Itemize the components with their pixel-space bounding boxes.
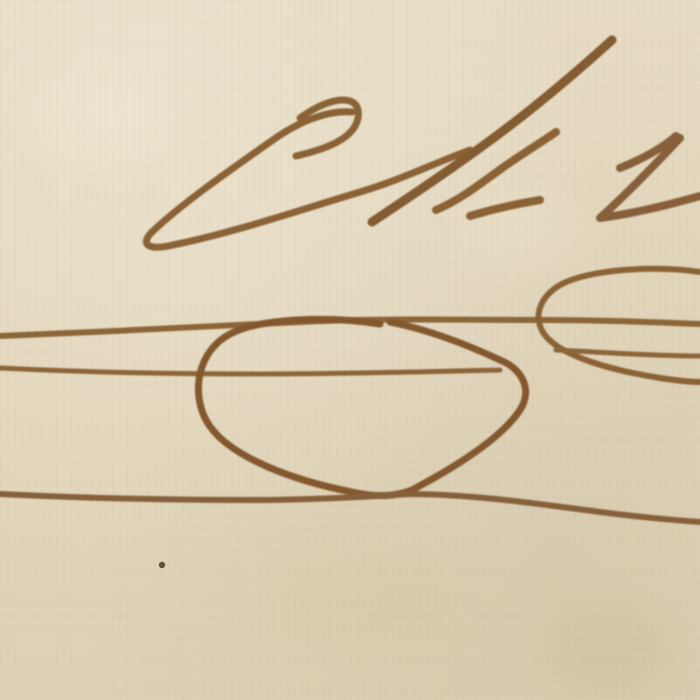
manuscript-scan: Close-up of a handwritten signature frag… bbox=[0, 0, 700, 700]
signature-handwriting bbox=[146, 40, 700, 247]
flourish-loop bbox=[198, 319, 525, 495]
paper-speck bbox=[159, 562, 165, 568]
flourish-line-middle bbox=[0, 368, 500, 374]
letter-c-stroke bbox=[146, 100, 470, 247]
flourish-line-lower bbox=[0, 494, 700, 522]
ink-drawing bbox=[0, 0, 700, 700]
letter-r-stroke bbox=[600, 136, 700, 218]
paraph-flourish bbox=[0, 269, 700, 522]
paper-stains bbox=[20, 70, 670, 690]
